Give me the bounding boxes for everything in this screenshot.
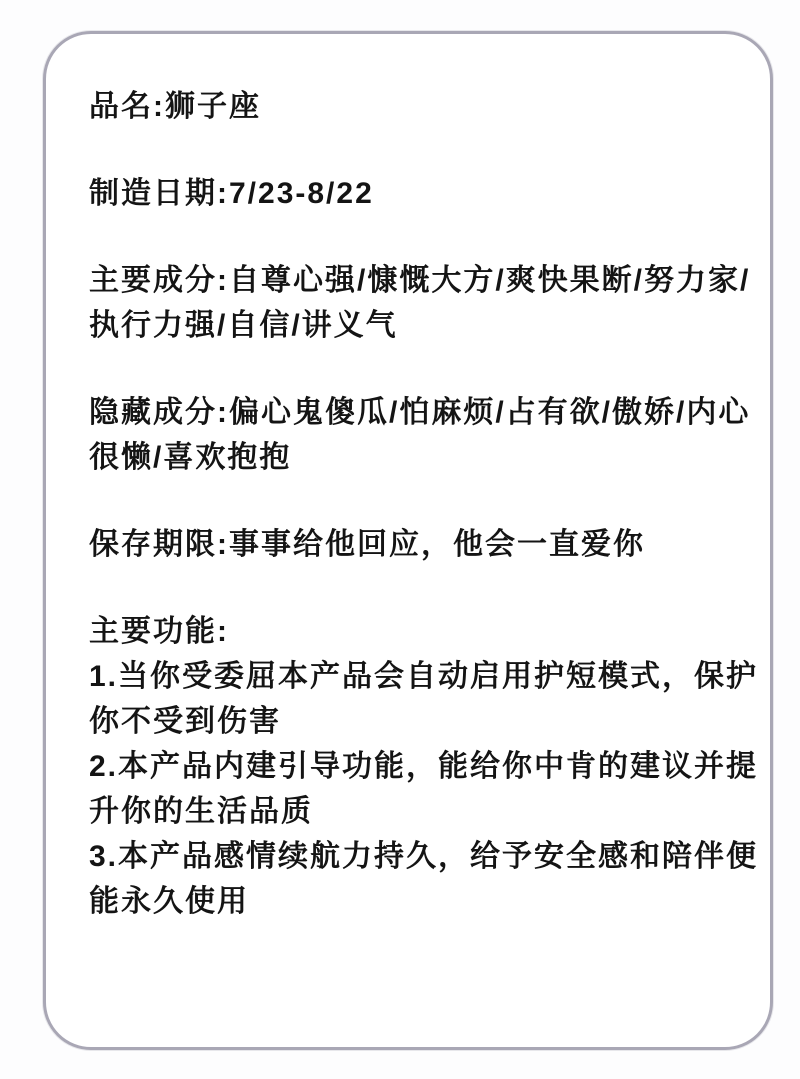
section-manufacture-date: 制造日期:7/23-8/22 bbox=[89, 171, 746, 216]
section-shelf-life: 保存期限:事事给他回应，他会一直爱你 bbox=[89, 522, 746, 567]
main-functions-item-1-line-1: 1.当你受委屈本产品会自动启用护短模式，保护 bbox=[89, 654, 746, 699]
section-hidden-ingredients: 隐藏成分:偏心鬼傻瓜/怕麻烦/占有欲/傲娇/内心 很懒/喜欢抱抱 bbox=[89, 390, 746, 480]
main-ingredients-line-1: 主要成分:自尊心强/慷慨大方/爽快果断/努力家/ bbox=[89, 258, 746, 303]
main-functions-item-3-line-1: 3.本产品感情续航力持久，给予安全感和陪伴便 bbox=[89, 834, 746, 879]
zodiac-label-card: 品名:狮子座 制造日期:7/23-8/22 主要成分:自尊心强/慷慨大方/爽快果… bbox=[43, 31, 773, 1050]
main-functions-item-2-line-1: 2.本产品内建引导功能，能给你中肯的建议并提 bbox=[89, 744, 746, 789]
product-name-line: 品名:狮子座 bbox=[89, 84, 746, 129]
main-ingredients-line-2: 执行力强/自信/讲义气 bbox=[89, 303, 746, 348]
manufacture-date-line: 制造日期:7/23-8/22 bbox=[89, 171, 746, 216]
hidden-ingredients-line-2: 很懒/喜欢抱抱 bbox=[89, 435, 746, 480]
section-main-functions: 主要功能: 1.当你受委屈本产品会自动启用护短模式，保护 你不受到伤害 2.本产… bbox=[89, 609, 746, 924]
card-content: 品名:狮子座 制造日期:7/23-8/22 主要成分:自尊心强/慷慨大方/爽快果… bbox=[46, 34, 770, 924]
hidden-ingredients-line-1: 隐藏成分:偏心鬼傻瓜/怕麻烦/占有欲/傲娇/内心 bbox=[89, 390, 746, 435]
main-functions-item-3-line-2: 能永久使用 bbox=[89, 879, 746, 924]
main-functions-heading: 主要功能: bbox=[89, 609, 746, 654]
shelf-life-line: 保存期限:事事给他回应，他会一直爱你 bbox=[89, 522, 746, 567]
section-main-ingredients: 主要成分:自尊心强/慷慨大方/爽快果断/努力家/ 执行力强/自信/讲义气 bbox=[89, 258, 746, 348]
main-functions-item-2-line-2: 升你的生活品质 bbox=[89, 789, 746, 834]
main-functions-item-1-line-2: 你不受到伤害 bbox=[89, 699, 746, 744]
section-product-name: 品名:狮子座 bbox=[89, 84, 746, 129]
